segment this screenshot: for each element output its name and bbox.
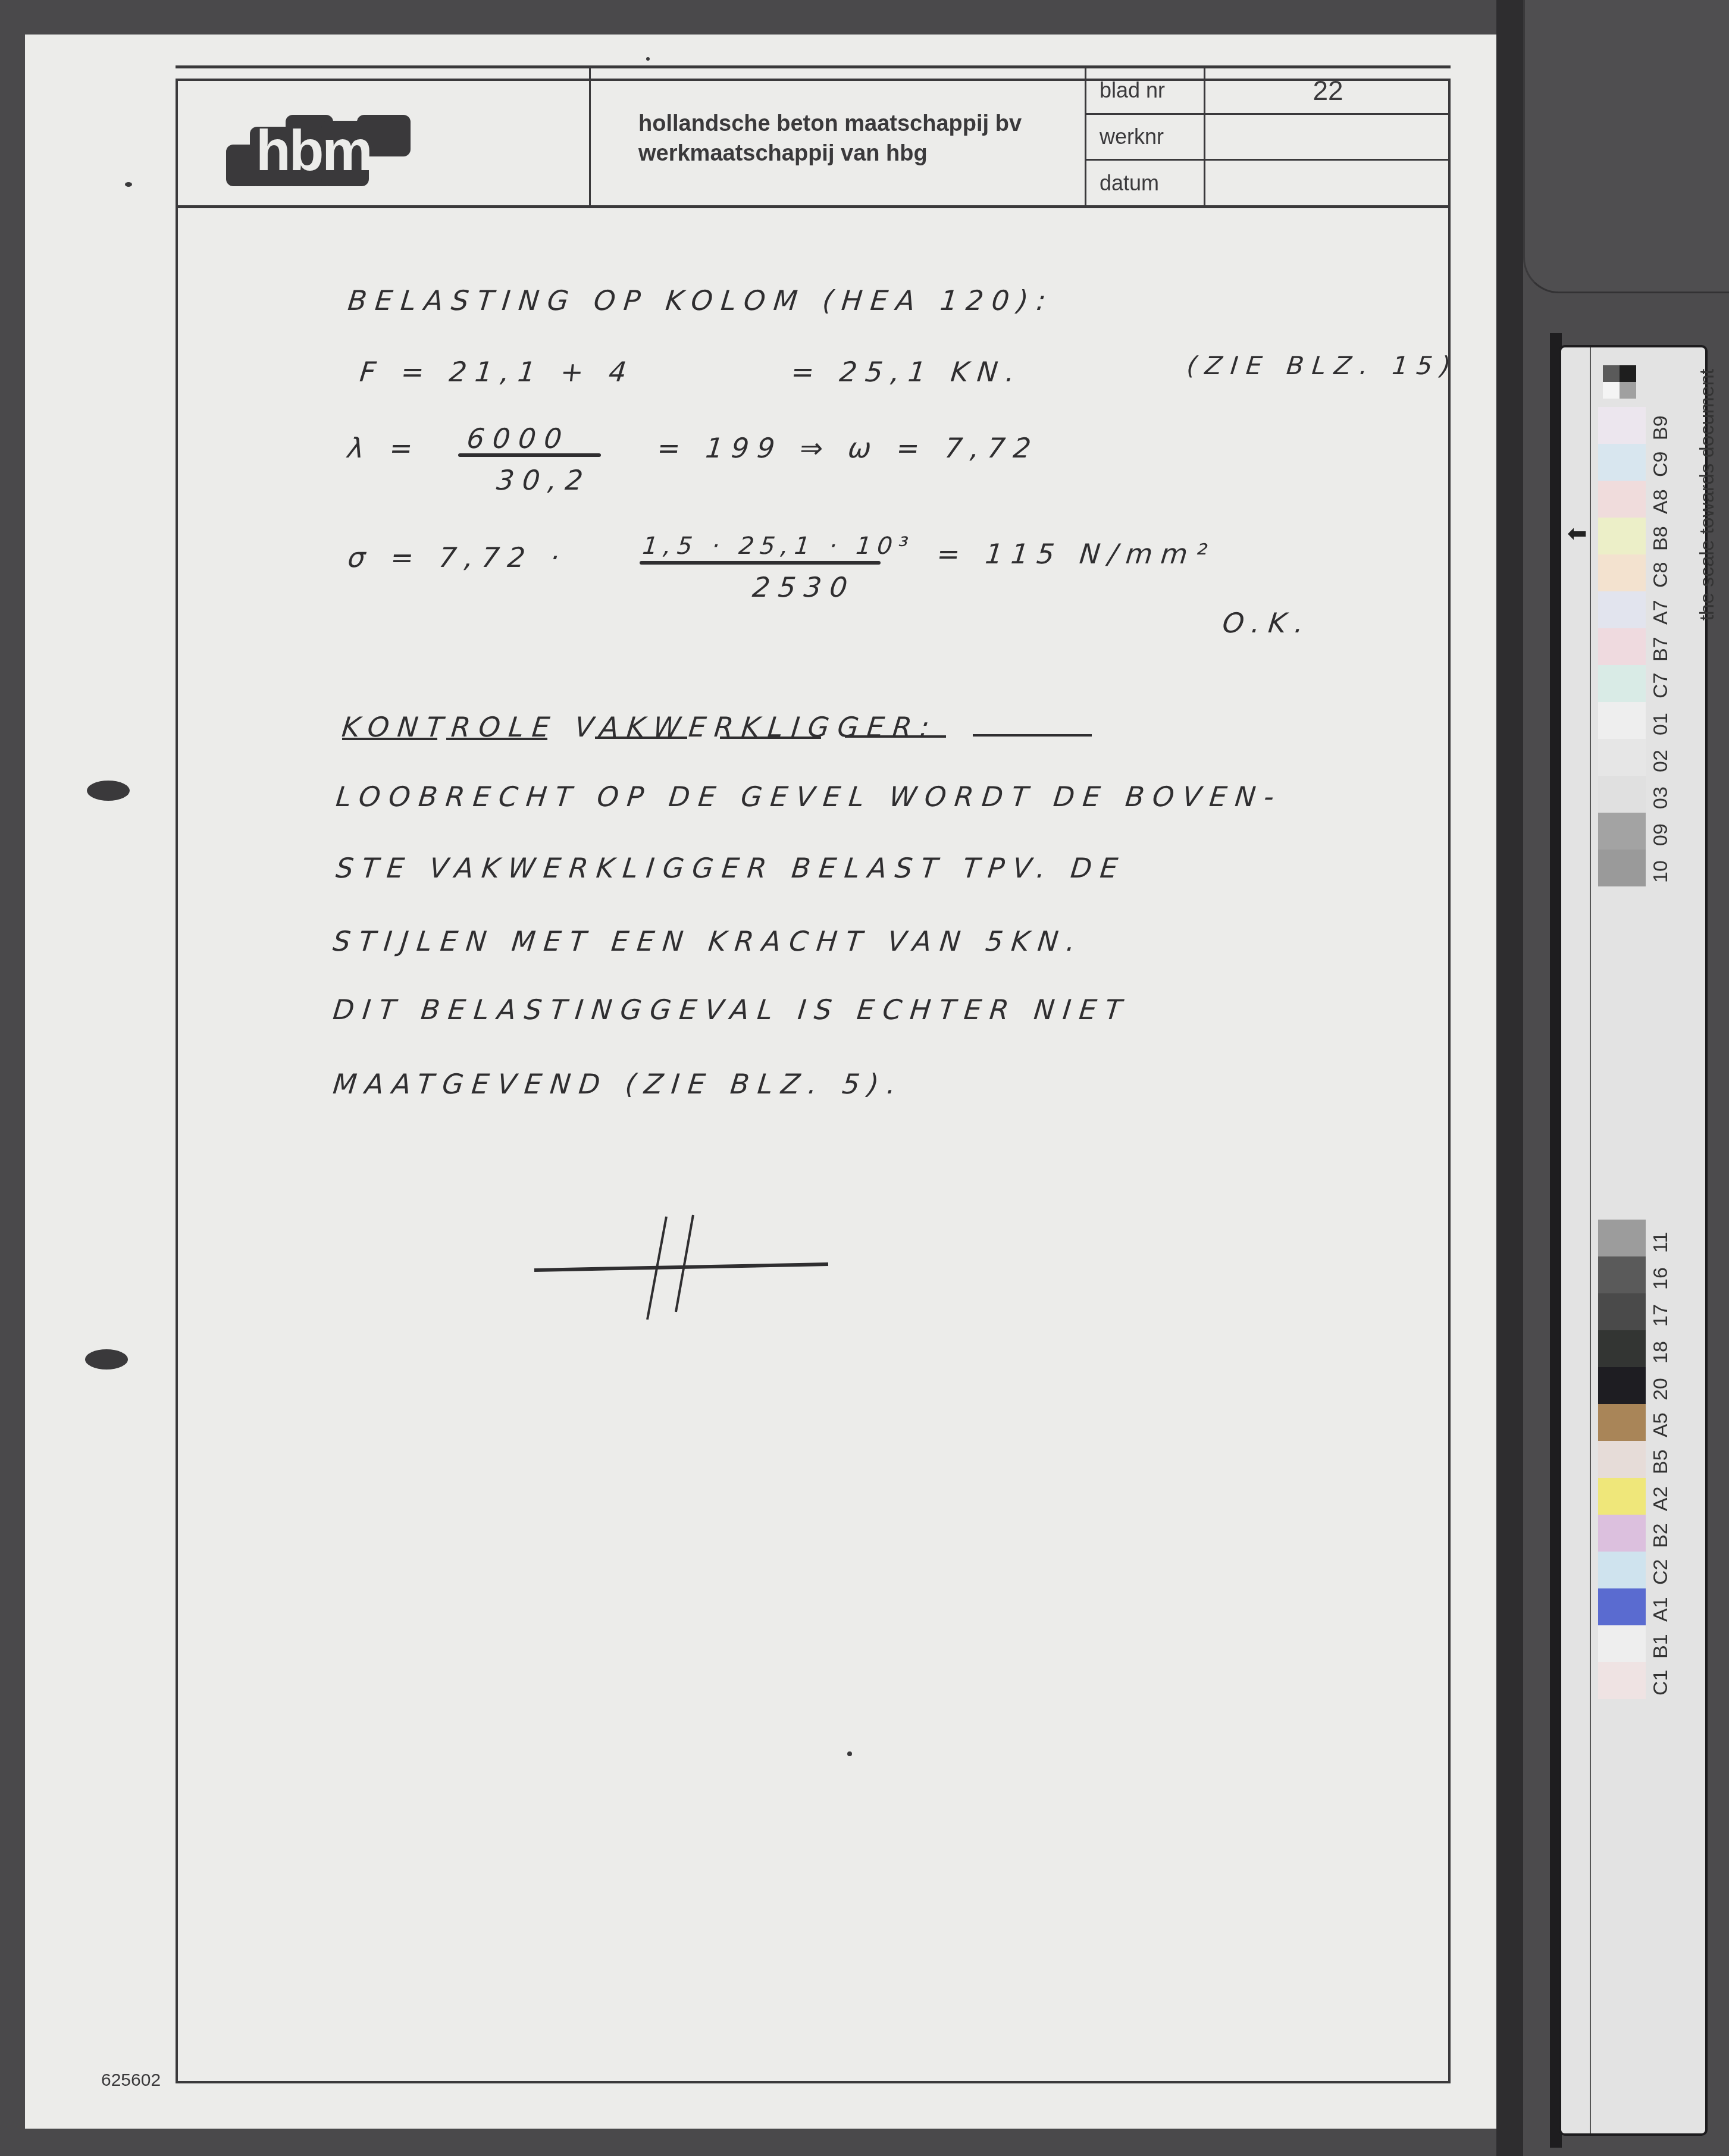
heading-underline	[845, 735, 946, 738]
patch-label: 03	[1649, 785, 1672, 809]
patch-label: C8	[1649, 564, 1672, 588]
datum-label: datum	[1086, 161, 1205, 205]
lambda-result: = 199 ⇒ ω = 7,72	[656, 432, 1041, 464]
color-patch	[1598, 1552, 1646, 1588]
blad-nr-label: blad nr	[1086, 68, 1205, 113]
color-patch	[1598, 444, 1646, 481]
patch-label: 20	[1649, 1377, 1672, 1400]
speck	[125, 182, 132, 187]
paragraph-line-5: MAATGEVEND (ZIE BLZ. 5).	[331, 1068, 906, 1100]
lambda-numerator: 6000	[465, 422, 572, 455]
color-patch	[1598, 1256, 1646, 1293]
ruler-scale	[1590, 347, 1591, 2133]
heading-underline	[595, 737, 687, 739]
blad-nr-value: 22	[1205, 68, 1451, 113]
color-patch	[1598, 1625, 1646, 1662]
color-patch	[1598, 665, 1646, 702]
logo-text: hbm	[256, 118, 371, 184]
meta-fields: blad nr 22 werknr datum	[1086, 68, 1451, 205]
patch-label: 09	[1649, 822, 1672, 846]
patch-label: 02	[1649, 748, 1672, 772]
punch-hole-top	[87, 781, 130, 801]
color-patch	[1598, 813, 1646, 850]
patch-label: A8	[1649, 490, 1672, 514]
ok-mark: O.K.	[1221, 607, 1313, 639]
patch-label: C2	[1649, 1561, 1672, 1585]
color-patch	[1598, 628, 1646, 665]
strip-caption: the scale towards document	[1696, 369, 1719, 621]
force-result: = 25,1 KN.	[790, 356, 1025, 388]
color-patch	[1598, 1330, 1646, 1367]
heading-underline	[446, 738, 547, 740]
patch-label: A5	[1649, 1414, 1672, 1437]
company-cell: hollandsche beton maatschappij bv werkma…	[591, 68, 1086, 205]
patch-label: 10	[1649, 859, 1672, 883]
hbm-logo: hbm	[226, 115, 428, 186]
force-reference: (ZIE BLZ. 15)	[1185, 351, 1460, 380]
color-patch	[1598, 407, 1646, 444]
patch-label: C7	[1649, 675, 1672, 698]
patch-label: A7	[1649, 601, 1672, 625]
title-block: hbm hollandsche beton maatschappij bv we…	[176, 65, 1451, 208]
sigma-denominator: 2530	[751, 571, 857, 603]
speck	[646, 57, 650, 61]
color-patch	[1598, 1367, 1646, 1404]
patch-label: B5	[1649, 1450, 1672, 1474]
color-patch	[1598, 776, 1646, 813]
document-number: 625602	[101, 2070, 161, 2091]
patch-label: B9	[1649, 416, 1672, 440]
lambda-label: λ =	[346, 432, 422, 464]
patch-label: 18	[1649, 1340, 1672, 1364]
gray-square	[1603, 365, 1620, 382]
patch-label: 16	[1649, 1266, 1672, 1290]
patch-label: B2	[1649, 1524, 1672, 1548]
sigma-label: σ = 7,72 ·	[346, 541, 569, 574]
patch-label: B8	[1649, 527, 1672, 551]
paragraph-line-2: STE VAKWERKLIGGER BELAST TPV. DE	[334, 852, 1127, 884]
color-patch	[1598, 850, 1646, 886]
heading-underline	[720, 737, 821, 739]
lambda-fraction-line	[458, 453, 601, 457]
color-patch	[1598, 591, 1646, 628]
sigma-fraction-line	[640, 561, 881, 565]
color-patch	[1598, 1662, 1646, 1699]
patch-label: 01	[1649, 712, 1672, 735]
color-patch	[1598, 1478, 1646, 1515]
gray-square	[1620, 382, 1636, 399]
folder-corner	[1523, 0, 1729, 293]
patch-label: B7	[1649, 638, 1672, 662]
lambda-denominator: 30,2	[495, 464, 593, 496]
patch-label: B1	[1649, 1635, 1672, 1659]
paragraph-line-1: LOOBRECHT OP DE GEVEL WORDT DE BOVEN-	[334, 781, 1284, 813]
patch-label: A2	[1649, 1487, 1672, 1511]
patch-label: C1	[1649, 1672, 1672, 1696]
arrow-up-icon: ⬅	[1567, 520, 1587, 547]
logo-cell: hbm	[176, 68, 591, 205]
color-patch	[1598, 518, 1646, 554]
company-name: hollandsche beton maatschappij bv	[638, 109, 1022, 139]
werknr-value	[1205, 115, 1451, 159]
color-patch	[1598, 739, 1646, 776]
paragraph-line-4: DIT BELASTINGGEVAL IS ECHTER NIET	[331, 994, 1132, 1026]
end-of-section-mark	[524, 1190, 1190, 1345]
color-patch	[1598, 1220, 1646, 1256]
color-patch	[1598, 702, 1646, 739]
gray-square	[1603, 382, 1620, 399]
color-patch	[1598, 554, 1646, 591]
color-patch	[1598, 1515, 1646, 1552]
heading-belasting-kolom: BELASTING OP KOLOM (HEA 120):	[346, 284, 1055, 316]
color-patch	[1598, 481, 1646, 518]
color-patch	[1598, 1404, 1646, 1441]
meta-row-werknr: werknr	[1086, 115, 1451, 161]
gray-square	[1620, 365, 1636, 382]
paragraph-line-3: STIJLEN MET EEN KRACHT VAN 5KN.	[331, 925, 1085, 957]
sigma-result: = 115 N/mm²	[935, 538, 1217, 570]
datum-value	[1205, 161, 1451, 205]
heading-underline	[342, 738, 437, 740]
color-patch	[1598, 1293, 1646, 1330]
patch-label: 17	[1649, 1303, 1672, 1327]
color-reference-strip: ⬅ B9C9A8B8C8A7B7C701020309101116171820A5…	[1559, 345, 1708, 2136]
meta-row-datum: datum	[1086, 161, 1451, 205]
force-equation: F = 21,1 + 4	[358, 356, 636, 388]
company-subtitle: werkmaatschappij van hbg	[638, 139, 1022, 168]
sigma-numerator: 1,5 · 25,1 · 10³	[641, 532, 916, 560]
punch-hole-bottom	[85, 1349, 128, 1370]
meta-row-blad-nr: blad nr 22	[1086, 68, 1451, 115]
color-patches	[1598, 347, 1646, 2133]
patch-label: A1	[1649, 1598, 1672, 1622]
color-patch	[1598, 1588, 1646, 1625]
folder-spine	[1496, 0, 1523, 2156]
patch-label: C9	[1649, 453, 1672, 477]
werknr-label: werknr	[1086, 115, 1205, 159]
heading-underline	[973, 734, 1092, 737]
color-patch	[1598, 1441, 1646, 1478]
patch-label: 11	[1649, 1229, 1672, 1253]
